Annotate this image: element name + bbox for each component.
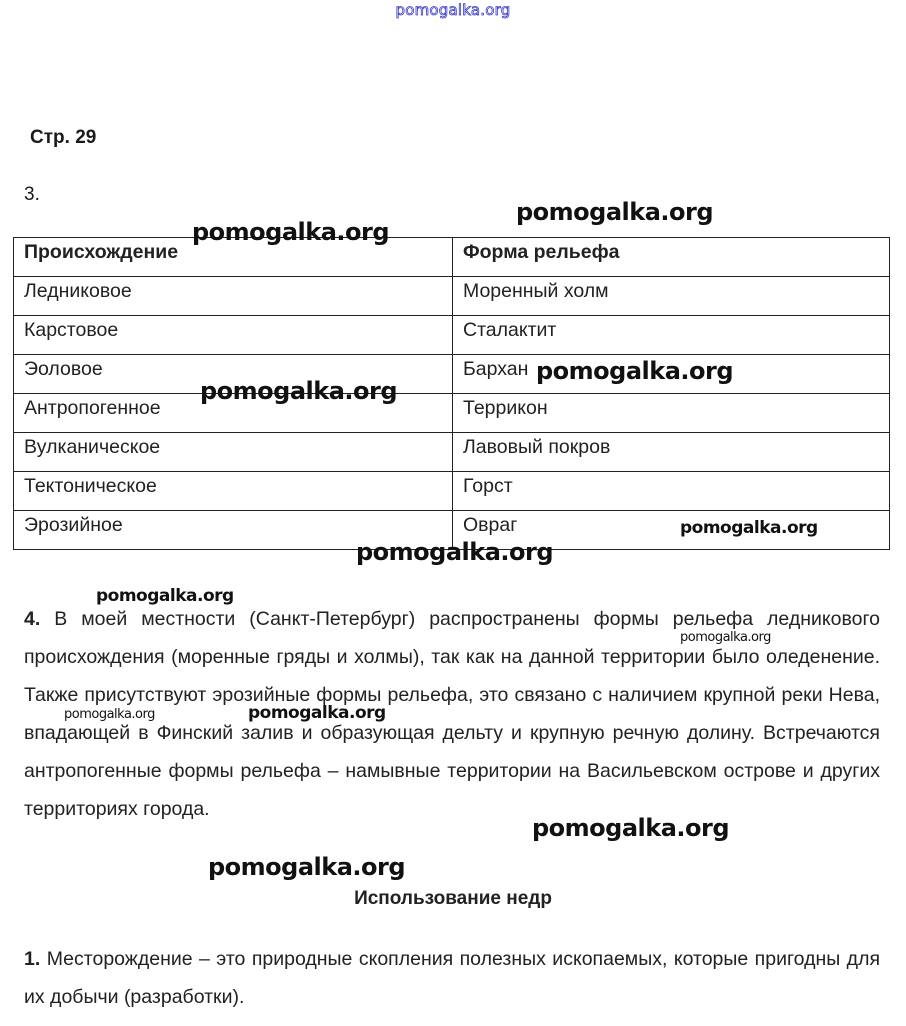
task-1-text: Месторождение – это природные скопления … bbox=[24, 948, 880, 1008]
table-row: Вулканическое Лавовый покров bbox=[14, 433, 890, 472]
watermark: pomogalka.org bbox=[680, 630, 771, 645]
origin-cell: Карстовое bbox=[14, 316, 453, 355]
watermark: pomogalka.org bbox=[680, 518, 818, 538]
watermark: pomogalka.org bbox=[356, 538, 553, 566]
task-1-number: 1. bbox=[24, 948, 40, 970]
watermark: pomogalka.org bbox=[200, 377, 397, 405]
task-4-number: 4. bbox=[24, 608, 40, 630]
header-watermark: pomogalka.org bbox=[0, 1, 906, 19]
relief-form-cell: Сталактит bbox=[453, 316, 890, 355]
column-header-relief-form: Форма рельефа bbox=[453, 238, 890, 277]
origin-cell: Тектоническое bbox=[14, 472, 453, 511]
watermark: pomogalka.org bbox=[208, 853, 405, 881]
section-title: Использование недр bbox=[0, 888, 906, 910]
relief-form-cell: Моренный холм bbox=[453, 277, 890, 316]
table-row: Эоловое Бархан bbox=[14, 355, 890, 394]
task-1-paragraph: 1. Месторождение – это природные скоплен… bbox=[24, 940, 880, 1016]
watermark: pomogalka.org bbox=[536, 357, 733, 385]
relief-form-cell: Лавовый покров bbox=[453, 433, 890, 472]
watermark: pomogalka.org bbox=[516, 198, 713, 226]
watermark: pomogalka.org bbox=[248, 703, 386, 723]
table-row: Антропогенное Террикон bbox=[14, 394, 890, 433]
table-row: Тектоническое Горст bbox=[14, 472, 890, 511]
watermark: pomogalka.org bbox=[192, 218, 389, 246]
watermark: pomogalka.org bbox=[64, 707, 155, 722]
table-header-row: Происхождение Форма рельефа bbox=[14, 238, 890, 277]
relief-table: Происхождение Форма рельефа Ледниковое М… bbox=[13, 237, 890, 550]
watermark: pomogalka.org bbox=[532, 814, 729, 842]
watermark: pomogalka.org bbox=[96, 586, 234, 606]
relief-form-cell: Горст bbox=[453, 472, 890, 511]
origin-cell: Вулканическое bbox=[14, 433, 453, 472]
table-row: Ледниковое Моренный холм bbox=[14, 277, 890, 316]
page-label: Стр. 29 bbox=[30, 127, 103, 149]
task-3-number: 3. bbox=[24, 184, 40, 206]
relief-form-cell: Террикон bbox=[453, 394, 890, 433]
table-row: Карстовое Сталактит bbox=[14, 316, 890, 355]
origin-cell: Ледниковое bbox=[14, 277, 453, 316]
